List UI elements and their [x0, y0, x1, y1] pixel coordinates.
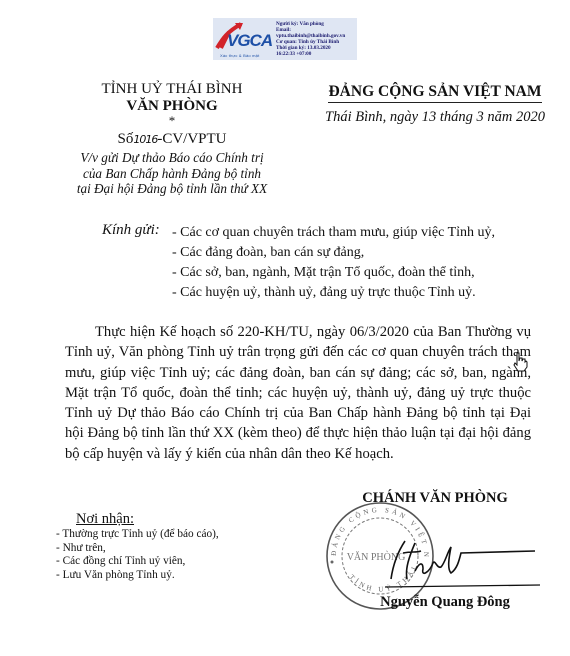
- doc-number-handwritten: 1016: [133, 133, 157, 146]
- recipients-list: - Các cơ quan chuyên trách tham mưu, giú…: [172, 223, 532, 303]
- handwritten-signature-icon: [385, 533, 545, 593]
- subject-line: của Ban Chấp hành Đảng bộ tỉnh: [52, 166, 292, 182]
- party-name: ĐẢNG CỘNG SẢN VIỆT NAM: [328, 82, 541, 103]
- doc-number-suffix: -CV/VPTU: [157, 131, 226, 147]
- time-value: 16:22:33 +07:00: [276, 51, 357, 57]
- receiver-item: - Các đồng chí Tỉnh uỷ viên,: [56, 555, 219, 569]
- subject-line: V/v gửi Dự thảo Báo cáo Chính trị: [52, 150, 292, 166]
- organization-name: TỈNH UỶ THÁI BÌNH: [52, 80, 292, 98]
- place-date: Thái Bình, ngày 13 tháng 3 năm 2020: [300, 106, 570, 128]
- logo-tagline: Xác thực & Bảo mật: [220, 53, 259, 58]
- receivers-list: - Thường trực Tỉnh uỷ (để báo cáo), - Nh…: [56, 528, 219, 582]
- recipient-item: - Các đảng đoàn, ban cán sự đảng,: [172, 243, 532, 263]
- digital-signature-box[interactable]: VGCA Xác thực & Bảo mật Người ký: Văn ph…: [213, 18, 357, 60]
- hand-pointer-cursor-icon: [512, 352, 528, 372]
- receiver-item: - Lưu Văn phòng Tỉnh uỷ.: [56, 569, 219, 583]
- doc-number-prefix: Số: [117, 131, 133, 147]
- subject-line: tại Đại hội Đảng bộ tỉnh lần thứ XX: [52, 181, 292, 197]
- subject: V/v gửi Dự thảo Báo cáo Chính trị của Ba…: [52, 150, 292, 197]
- recipient-item: - Các huyện uỷ, thành uỷ, đảng uỷ trực t…: [172, 283, 532, 303]
- logo-letters: VGCA: [227, 31, 272, 51]
- recipient-item: - Các cơ quan chuyên trách tham mưu, giú…: [172, 223, 532, 243]
- document-number: Số1016-CV/VPTU: [52, 129, 292, 150]
- signature-info: Người ký: Văn phòng Email: vptu.thaibinh…: [275, 18, 357, 60]
- receiver-item: - Thường trực Tỉnh uỷ (để báo cáo),: [56, 528, 219, 542]
- receiver-item: - Như trên,: [56, 542, 219, 556]
- recipients-label: Kính gửi:: [102, 222, 160, 239]
- body-paragraph: Thực hiện Kế hoạch số 220-KH/TU, ngày 06…: [65, 322, 531, 464]
- issuer-header: TỈNH UỶ THÁI BÌNH VĂN PHÒNG * Số1016-CV/…: [52, 80, 292, 197]
- receivers: Nơi nhận: - Thường trực Tỉnh uỷ (để báo …: [56, 510, 219, 582]
- recipient-item: - Các sở, ban, ngành, Mặt trận Tổ quốc, …: [172, 263, 532, 283]
- signer-title: CHÁNH VĂN PHÒNG: [360, 490, 510, 507]
- signer-name: Nguyễn Quang Đông: [370, 594, 520, 611]
- receivers-title: Nơi nhận:: [76, 510, 219, 528]
- party-header: ĐẢNG CỘNG SẢN VIỆT NAM Thái Bình, ngày 1…: [300, 82, 570, 128]
- star-icon: *: [52, 115, 292, 126]
- vgca-logo: VGCA Xác thực & Bảo mật: [213, 18, 275, 60]
